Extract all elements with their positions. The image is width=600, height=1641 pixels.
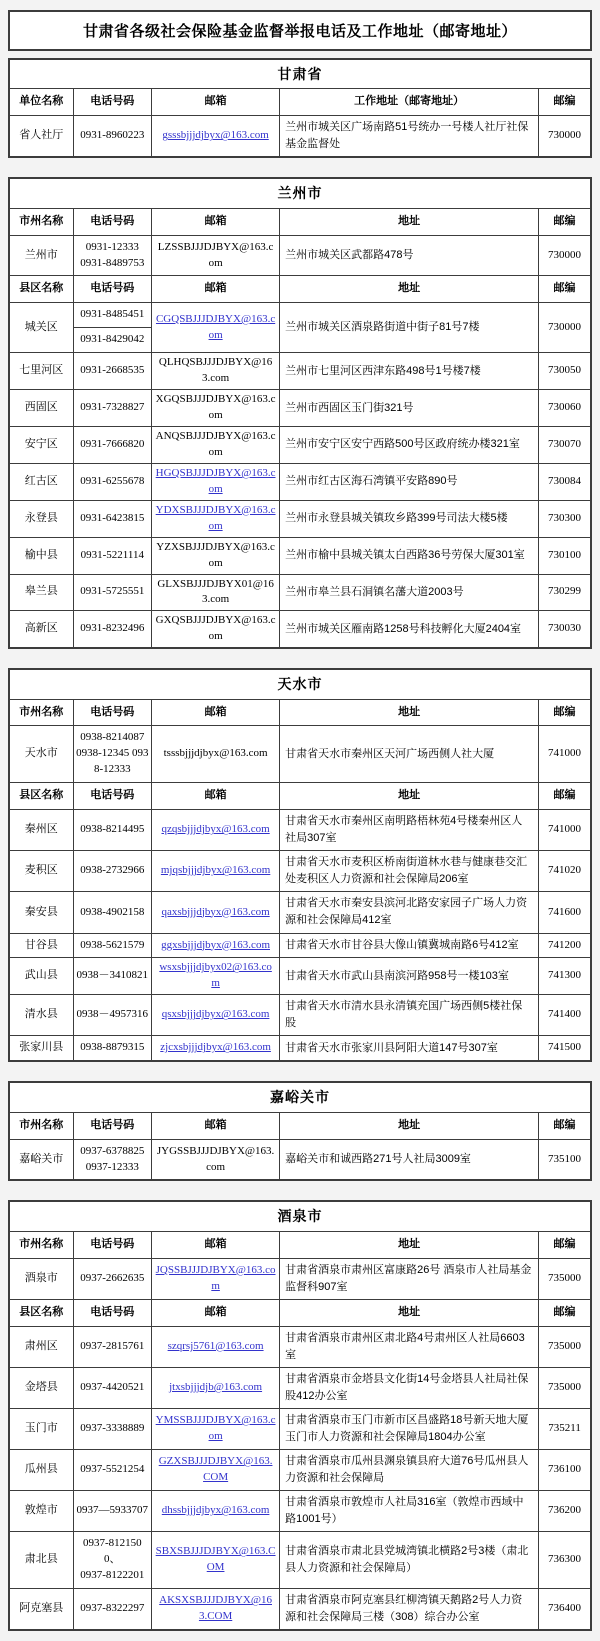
postcode-cell: 735000 (539, 1258, 591, 1299)
phone-cell: 0937-8322297 (73, 1589, 152, 1631)
section-title-lanzhou-city: 兰州市 (9, 178, 591, 208)
column-header: 地址 (280, 783, 539, 810)
table-row: 高新区0931-8232496GXQSBJJJDJBYX@163.com兰州市城… (9, 611, 591, 648)
address-cell: 甘肃省酒泉市敦煌市人社局316室（敦煌市西域中路1001号） (280, 1491, 539, 1532)
phone-cell: 0931-5221114 (73, 537, 152, 574)
section-title-gansu-province: 甘肃省 (9, 59, 591, 89)
address-cell: 甘肃省酒泉市阿克塞县红柳湾镇天鹅路2号人力资源和社会保障局三楼（308）综合办公… (280, 1589, 539, 1631)
table-row: 瓜州县0937-5521254GZXSBJJJDJBYX@163.COM甘肃省酒… (9, 1450, 591, 1491)
unit-name-cell: 兰州市 (9, 235, 73, 276)
unit-name-cell: 红古区 (9, 463, 73, 500)
postcode-cell: 735100 (539, 1139, 591, 1180)
column-header: 地址 (280, 699, 539, 726)
section-title-row: 甘肃省 (9, 59, 591, 89)
column-header-row: 市州名称电话号码邮箱地址邮编 (9, 208, 591, 235)
email-cell: gsssbjjjdjbyx@163.com (152, 116, 280, 158)
postcode-cell: 741300 (539, 958, 591, 995)
postcode-cell: 730030 (539, 611, 591, 648)
postcode-cell: 730299 (539, 574, 591, 611)
section-title-row: 酒泉市 (9, 1201, 591, 1231)
address-cell: 甘肃省天水市秦安县滨河北路安家园子广场人力资源和社会保障局412室 (280, 892, 539, 933)
unit-name-cell: 榆中县 (9, 537, 73, 574)
email-cell: ANQSBJJJDJBYX@163.com (152, 427, 280, 464)
column-header: 邮编 (539, 699, 591, 726)
email-cell: LZSSBJJJDJBYX@163.com (152, 235, 280, 276)
phone-cell: 0931-12333 0931-8489753 (73, 235, 152, 276)
section-table-lanzhou-city: 兰州市市州名称电话号码邮箱地址邮编兰州市0931-12333 0931-8489… (8, 177, 592, 649)
postcode-cell: 741000 (539, 810, 591, 851)
phone-cell: 0937-5521254 (73, 1450, 152, 1491)
report-document: 甘肃省各级社会保险基金监督举报电话及工作地址（邮寄地址） 甘肃省单位名称电话号码… (0, 0, 600, 1641)
phone-cell: 0938-8214087 0938-12345 0938-12333 (73, 726, 152, 783)
table-row: 城关区0931-8485451CGQSBJJJDJBYX@163.com兰州市城… (9, 303, 591, 328)
phone-cell: 0931-6423815 (73, 500, 152, 537)
column-header: 电话号码 (73, 783, 152, 810)
section-table-gansu-province: 甘肃省单位名称电话号码邮箱工作地址（邮寄地址）邮编省人社厅0931-896022… (8, 58, 592, 158)
table-row: 永登县0931-6423815YDXSBJJJDJBYX@163.com兰州市永… (9, 500, 591, 537)
column-header-row: 县区名称电话号码邮箱地址邮编 (9, 276, 591, 303)
postcode-cell: 730000 (539, 116, 591, 158)
email-link[interactable]: ggxsbjjjdjbyx@163.com (161, 939, 270, 951)
unit-name-cell: 张家川县 (9, 1036, 73, 1061)
address-cell: 甘肃省酒泉市瓜州县渊泉镇县府大道76号瓜州县人力资源和社会保障局 (280, 1450, 539, 1491)
phone-cell: 0938-2732966 (73, 851, 152, 892)
email-link[interactable]: dhssbjjjdjbyx@163.com (162, 1504, 270, 1516)
phone-cell: 0937-3338889 (73, 1408, 152, 1449)
email-cell: SBXSBJJJDJBYX@163.COM (152, 1532, 280, 1589)
postcode-cell: 736100 (539, 1450, 591, 1491)
unit-name-cell: 秦安县 (9, 892, 73, 933)
email-cell: GLXSBJJJDJBYX01@163.com (152, 574, 280, 611)
unit-name-cell: 省人社厅 (9, 116, 73, 158)
column-header: 单位名称 (9, 89, 73, 116)
email-text: tsssbjjjdjbyx@163.com (164, 747, 268, 759)
email-cell: qsxsbjjjdjbyx@163.com (152, 995, 280, 1036)
email-cell: XGQSBJJJDJBYX@163.com (152, 390, 280, 427)
phone-cell: 0931-5725551 (73, 574, 152, 611)
column-header: 县区名称 (9, 276, 73, 303)
address-cell: 兰州市永登县城关镇玫乡路399号司法大楼5楼 (280, 500, 539, 537)
postcode-cell: 730070 (539, 427, 591, 464)
section-title-tianshui-city: 天水市 (9, 669, 591, 699)
address-cell: 兰州市城关区广场南路51号统办一号楼人社厅社保基金监督处 (280, 116, 539, 158)
unit-name-cell: 阿克塞县 (9, 1589, 73, 1631)
phone-cell: 0931-8485451 (73, 303, 152, 328)
table-row: 秦安县0938-4902158qaxsbjjjdjbyx@163.com甘肃省天… (9, 892, 591, 933)
unit-name-cell: 玉门市 (9, 1408, 73, 1449)
email-cell: YZXSBJJJDJBYX@163.com (152, 537, 280, 574)
table-row: 皋兰县0931-5725551GLXSBJJJDJBYX01@163.com兰州… (9, 574, 591, 611)
email-cell: zjcxsbjjjdjbyx@163.com (152, 1036, 280, 1061)
unit-name-cell: 甘谷县 (9, 933, 73, 958)
column-header-row: 市州名称电话号码邮箱地址邮编 (9, 1231, 591, 1258)
email-cell: CGQSBJJJDJBYX@163.com (152, 303, 280, 353)
column-header: 邮箱 (152, 699, 280, 726)
email-cell: YDXSBJJJDJBYX@163.com (152, 500, 280, 537)
column-header: 邮编 (539, 783, 591, 810)
email-link[interactable]: szqrsj5761@163.com (168, 1340, 264, 1352)
section-title-jiuquan-city: 酒泉市 (9, 1201, 591, 1231)
email-text: YZXSBJJJDJBYX@163.com (156, 541, 275, 569)
email-cell: mjqsbjjjdjbyx@163.com (152, 851, 280, 892)
phone-cell: 0931-8960223 (73, 116, 152, 158)
postcode-cell: 741020 (539, 851, 591, 892)
phone-cell: 0938-4902158 (73, 892, 152, 933)
phone-cell: 0937-2815761 (73, 1326, 152, 1367)
postcode-cell: 730000 (539, 235, 591, 276)
email-link[interactable]: qzqsbjjjdjbyx@163.com (161, 823, 269, 835)
address-cell: 兰州市城关区雁南路1258号科技孵化大厦2404室 (280, 611, 539, 648)
column-header: 县区名称 (9, 1299, 73, 1326)
unit-name-cell: 城关区 (9, 303, 73, 353)
column-header: 邮箱 (152, 783, 280, 810)
table-row: 麦积区0938-2732966mjqsbjjjdjbyx@163.com甘肃省天… (9, 851, 591, 892)
column-header: 邮编 (539, 1299, 591, 1326)
phone-cell: 0938-8214495 (73, 810, 152, 851)
column-header: 邮箱 (152, 276, 280, 303)
section-table-jiayuguan-city: 嘉峪关市市州名称电话号码邮箱地址邮编嘉峪关市0937-6378825 0937-… (8, 1081, 592, 1181)
email-link[interactable]: GZXSBJJJDJBYX@163.COM (159, 1455, 273, 1483)
table-row: 兰州市0931-12333 0931-8489753LZSSBJJJDJBYX@… (9, 235, 591, 276)
email-link[interactable]: mjqsbjjjdjbyx@163.com (161, 864, 270, 876)
email-cell: qaxsbjjjdjbyx@163.com (152, 892, 280, 933)
email-cell: JYGSSBJJJDJBYX@163.com (152, 1139, 280, 1180)
column-header-row: 市州名称电话号码邮箱地址邮编 (9, 1112, 591, 1139)
email-cell: JQSSBJJJDJBYX@163.com (152, 1258, 280, 1299)
email-link[interactable]: YMSSBJJJDJBYX@163.com (156, 1414, 276, 1442)
unit-name-cell: 嘉峪关市 (9, 1139, 73, 1180)
email-cell: jtxsbjjjdjb@163.com (152, 1367, 280, 1408)
table-row: 七里河区0931-2668535QLHQSBJJJDJBYX@163.com兰州… (9, 353, 591, 390)
phone-cell: 0931-6255678 (73, 463, 152, 500)
column-header: 地址 (280, 208, 539, 235)
table-row: 玉门市0937-3338889YMSSBJJJDJBYX@163.com甘肃省酒… (9, 1408, 591, 1449)
section-title-row: 兰州市 (9, 178, 591, 208)
table-row: 嘉峪关市0937-6378825 0937-12333JYGSSBJJJDJBY… (9, 1139, 591, 1180)
table-row: 武山县0938－3410821wsxsbjjjdjbyx02@163.com甘肃… (9, 958, 591, 995)
address-cell: 甘肃省酒泉市金塔县文化街14号金塔县人社局社保股412办公室 (280, 1367, 539, 1408)
table-row: 天水市0938-8214087 0938-12345 0938-12333tss… (9, 726, 591, 783)
column-header-row: 单位名称电话号码邮箱工作地址（邮寄地址）邮编 (9, 89, 591, 116)
phone-cell: 0931-2668535 (73, 353, 152, 390)
unit-name-cell: 高新区 (9, 611, 73, 648)
unit-name-cell: 秦州区 (9, 810, 73, 851)
column-header: 地址 (280, 276, 539, 303)
column-header: 邮编 (539, 89, 591, 116)
column-header: 地址 (280, 1231, 539, 1258)
address-cell: 甘肃省天水市秦州区天河广场西侧人社大厦 (280, 726, 539, 783)
unit-name-cell: 七里河区 (9, 353, 73, 390)
address-cell: 兰州市城关区武都路478号 (280, 235, 539, 276)
phone-cell: 0931-8232496 (73, 611, 152, 648)
address-cell: 兰州市榆中县城关镇太白西路36号劳保大厦301室 (280, 537, 539, 574)
column-header: 邮箱 (152, 208, 280, 235)
unit-name-cell: 安宁区 (9, 427, 73, 464)
email-link[interactable]: jtxsbjjjdjb@163.com (169, 1381, 262, 1393)
table-row: 红古区0931-6255678HGQSBJJJDJBYX@163.com兰州市红… (9, 463, 591, 500)
email-text: QLHQSBJJJDJBYX@163.com (159, 356, 272, 384)
table-row: 敦煌市0937—5933707dhssbjjjdjbyx@163.com甘肃省酒… (9, 1491, 591, 1532)
unit-name-cell: 敦煌市 (9, 1491, 73, 1532)
email-cell: tsssbjjjdjbyx@163.com (152, 726, 280, 783)
phone-cell: 0937-8121500、 0937-8122201 (73, 1532, 152, 1589)
email-link[interactable]: gsssbjjjdjbyx@163.com (162, 129, 268, 141)
address-cell: 甘肃省酒泉市玉门市新市区昌盛路18号新天地大厦玉门市人力资源和社会保障局1804… (280, 1408, 539, 1449)
table-row: 西固区0931-7328827XGQSBJJJDJBYX@163.com兰州市西… (9, 390, 591, 427)
postcode-cell: 730000 (539, 303, 591, 353)
phone-cell: 0937-4420521 (73, 1367, 152, 1408)
phone-cell: 0931-7666820 (73, 427, 152, 464)
address-cell: 甘肃省天水市麦积区桥南街道林水巷与健康巷交汇处麦积区人力资源和社会保障局206室 (280, 851, 539, 892)
email-link[interactable]: zjcxsbjjjdjbyx@163.com (160, 1041, 271, 1053)
column-header-row: 县区名称电话号码邮箱地址邮编 (9, 783, 591, 810)
email-cell: dhssbjjjdjbyx@163.com (152, 1491, 280, 1532)
address-cell: 兰州市西固区玉门街321号 (280, 390, 539, 427)
unit-name-cell: 酒泉市 (9, 1258, 73, 1299)
address-cell: 甘肃省天水市清水县永清镇充国广场西侧5楼社保股 (280, 995, 539, 1036)
column-header: 电话号码 (73, 208, 152, 235)
column-header: 邮编 (539, 276, 591, 303)
address-cell: 兰州市红古区海石湾镇平安路890号 (280, 463, 539, 500)
address-cell: 兰州市安宁区安宁西路500号区政府统办楼321室 (280, 427, 539, 464)
phone-cell: 0931-8429042 (73, 328, 152, 353)
phone-cell: 0938－4957316 (73, 995, 152, 1036)
unit-name-cell: 西固区 (9, 390, 73, 427)
email-cell: ggxsbjjjdjbyx@163.com (152, 933, 280, 958)
column-header-row: 市州名称电话号码邮箱地址邮编 (9, 699, 591, 726)
email-link[interactable]: YDXSBJJJDJBYX@163.com (156, 504, 276, 532)
column-header: 市州名称 (9, 1112, 73, 1139)
address-cell: 兰州市七里河区西津东路498号1号楼7楼 (280, 353, 539, 390)
email-link[interactable]: SBXSBJJJDJBYX@163.COM (156, 1545, 276, 1573)
unit-name-cell: 清水县 (9, 995, 73, 1036)
phone-cell: 0937-6378825 0937-12333 (73, 1139, 152, 1180)
email-cell: GZXSBJJJDJBYX@163.COM (152, 1450, 280, 1491)
postcode-cell: 730050 (539, 353, 591, 390)
unit-name-cell: 皋兰县 (9, 574, 73, 611)
email-cell: szqrsj5761@163.com (152, 1326, 280, 1367)
unit-name-cell: 天水市 (9, 726, 73, 783)
postcode-cell: 730060 (539, 390, 591, 427)
column-header: 电话号码 (73, 89, 152, 116)
email-text: JYGSSBJJJDJBYX@163.com (157, 1145, 274, 1173)
email-cell: wsxsbjjjdjbyx02@163.com (152, 958, 280, 995)
section-title-jiayuguan-city: 嘉峪关市 (9, 1082, 591, 1112)
column-header: 市州名称 (9, 208, 73, 235)
postcode-cell: 736200 (539, 1491, 591, 1532)
phone-cell: 0931-7328827 (73, 390, 152, 427)
column-header: 邮箱 (152, 1112, 280, 1139)
address-cell: 兰州市城关区酒泉路街道中街子81号7楼 (280, 303, 539, 353)
unit-name-cell: 武山县 (9, 958, 73, 995)
unit-name-cell: 永登县 (9, 500, 73, 537)
table-row: 安宁区0931-7666820ANQSBJJJDJBYX@163.com兰州市安… (9, 427, 591, 464)
address-cell: 甘肃省天水市张家川县阿阳大道147号307室 (280, 1036, 539, 1061)
email-cell: QLHQSBJJJDJBYX@163.com (152, 353, 280, 390)
column-header: 电话号码 (73, 276, 152, 303)
postcode-cell: 736300 (539, 1532, 591, 1589)
unit-name-cell: 瓜州县 (9, 1450, 73, 1491)
postcode-cell: 735000 (539, 1367, 591, 1408)
table-row: 清水县0938－4957316qsxsbjjjdjbyx@163.com甘肃省天… (9, 995, 591, 1036)
email-text: ANQSBJJJDJBYX@163.com (156, 430, 276, 458)
phone-cell: 0937—5933707 (73, 1491, 152, 1532)
table-row: 秦州区0938-8214495qzqsbjjjdjbyx@163.com甘肃省天… (9, 810, 591, 851)
phone-cell: 0938－3410821 (73, 958, 152, 995)
column-header: 邮编 (539, 1112, 591, 1139)
address-cell: 甘肃省天水市甘谷县大像山镇冀城南路6号412室 (280, 933, 539, 958)
table-row: 榆中县0931-5221114YZXSBJJJDJBYX@163.com兰州市榆… (9, 537, 591, 574)
email-link[interactable]: qaxsbjjjdjbyx@163.com (161, 906, 269, 918)
email-link[interactable]: AKSXSBJJJDJBYX@163.COM (159, 1594, 272, 1622)
phone-cell: 0938-5621579 (73, 933, 152, 958)
table-row: 张家川县0938-8879315zjcxsbjjjdjbyx@163.com甘肃… (9, 1036, 591, 1061)
email-link[interactable]: CGQSBJJJDJBYX@163.com (156, 313, 275, 341)
address-cell: 嘉峪关市和诚西路271号人社局3009室 (280, 1139, 539, 1180)
email-text: GXQSBJJJDJBYX@163.com (156, 614, 276, 642)
email-cell: AKSXSBJJJDJBYX@163.COM (152, 1589, 280, 1631)
column-header: 邮编 (539, 1231, 591, 1258)
table-row: 酒泉市0937-2662635JQSSBJJJDJBYX@163.com甘肃省酒… (9, 1258, 591, 1299)
postcode-cell: 741600 (539, 892, 591, 933)
unit-name-cell: 麦积区 (9, 851, 73, 892)
section-table-jiuquan-city: 酒泉市市州名称电话号码邮箱地址邮编酒泉市0937-2662635JQSSBJJJ… (8, 1200, 592, 1631)
postcode-cell: 730100 (539, 537, 591, 574)
column-header: 地址 (280, 1112, 539, 1139)
postcode-cell: 735211 (539, 1408, 591, 1449)
section-title-row: 嘉峪关市 (9, 1082, 591, 1112)
table-row: 省人社厅0931-8960223gsssbjjjdjbyx@163.com兰州市… (9, 116, 591, 158)
phone-cell: 0937-2662635 (73, 1258, 152, 1299)
postcode-cell: 741400 (539, 995, 591, 1036)
postcode-cell: 741000 (539, 726, 591, 783)
email-cell: HGQSBJJJDJBYX@163.com (152, 463, 280, 500)
table-row: 肃北县0937-8121500、 0937-8122201SBXSBJJJDJB… (9, 1532, 591, 1589)
unit-name-cell: 肃州区 (9, 1326, 73, 1367)
email-cell: GXQSBJJJDJBYX@163.com (152, 611, 280, 648)
column-header: 电话号码 (73, 1231, 152, 1258)
postcode-cell: 736400 (539, 1589, 591, 1631)
table-row: 阿克塞县0937-8322297AKSXSBJJJDJBYX@163.COM甘肃… (9, 1589, 591, 1631)
column-header-row: 县区名称电话号码邮箱地址邮编 (9, 1299, 591, 1326)
column-header: 电话号码 (73, 1112, 152, 1139)
address-cell: 甘肃省酒泉市肃北县党城湾镇北横路2号3楼（肃北县人力资源和社会保障局） (280, 1532, 539, 1589)
table-row: 甘谷县0938-5621579ggxsbjjjdjbyx@163.com甘肃省天… (9, 933, 591, 958)
column-header: 邮箱 (152, 1231, 280, 1258)
column-header: 市州名称 (9, 1231, 73, 1258)
phone-cell: 0938-8879315 (73, 1036, 152, 1061)
address-cell: 甘肃省天水市秦州区南明路梧林苑4号楼秦州区人社局307室 (280, 810, 539, 851)
column-header: 市州名称 (9, 699, 73, 726)
email-cell: qzqsbjjjdjbyx@163.com (152, 810, 280, 851)
table-row: 肃州区0937-2815761szqrsj5761@163.com甘肃省酒泉市肃… (9, 1326, 591, 1367)
page-title: 甘肃省各级社会保险基金监督举报电话及工作地址（邮寄地址） (8, 10, 592, 51)
column-header: 县区名称 (9, 783, 73, 810)
postcode-cell: 741500 (539, 1036, 591, 1061)
postcode-cell: 730300 (539, 500, 591, 537)
email-link[interactable]: HGQSBJJJDJBYX@163.com (156, 467, 276, 495)
address-cell: 甘肃省天水市武山县南滨河路958号一楼103室 (280, 958, 539, 995)
email-cell: YMSSBJJJDJBYX@163.com (152, 1408, 280, 1449)
email-text: XGQSBJJJDJBYX@163.com (156, 393, 276, 421)
column-header: 邮箱 (152, 1299, 280, 1326)
column-header: 电话号码 (73, 1299, 152, 1326)
email-link[interactable]: wsxsbjjjdjbyx02@163.com (159, 961, 272, 989)
address-cell: 甘肃省酒泉市肃州区富康路26号 酒泉市人社局基金监督科907室 (280, 1258, 539, 1299)
section-table-tianshui-city: 天水市市州名称电话号码邮箱地址邮编天水市0938-8214087 0938-12… (8, 668, 592, 1062)
column-header: 邮编 (539, 208, 591, 235)
address-cell: 甘肃省酒泉市肃州区肃北路4号肃州区人社局6603室 (280, 1326, 539, 1367)
table-row: 金塔县0937-4420521jtxsbjjjdjb@163.com甘肃省酒泉市… (9, 1367, 591, 1408)
email-text: GLXSBJJJDJBYX01@163.com (157, 578, 273, 606)
postcode-cell: 735000 (539, 1326, 591, 1367)
tables-container: 甘肃省单位名称电话号码邮箱工作地址（邮寄地址）邮编省人社厅0931-896022… (8, 58, 592, 1631)
section-title-row: 天水市 (9, 669, 591, 699)
postcode-cell: 741200 (539, 933, 591, 958)
column-header: 地址 (280, 1299, 539, 1326)
email-text: LZSSBJJJDJBYX@163.com (158, 241, 274, 269)
postcode-cell: 730084 (539, 463, 591, 500)
column-header: 电话号码 (73, 699, 152, 726)
email-link[interactable]: qsxsbjjjdjbyx@163.com (162, 1008, 270, 1020)
unit-name-cell: 金塔县 (9, 1367, 73, 1408)
column-header: 邮箱 (152, 89, 280, 116)
unit-name-cell: 肃北县 (9, 1532, 73, 1589)
email-link[interactable]: JQSSBJJJDJBYX@163.com (156, 1264, 276, 1292)
column-header: 工作地址（邮寄地址） (280, 89, 539, 116)
address-cell: 兰州市皋兰县石洞镇名藩大道2003号 (280, 574, 539, 611)
